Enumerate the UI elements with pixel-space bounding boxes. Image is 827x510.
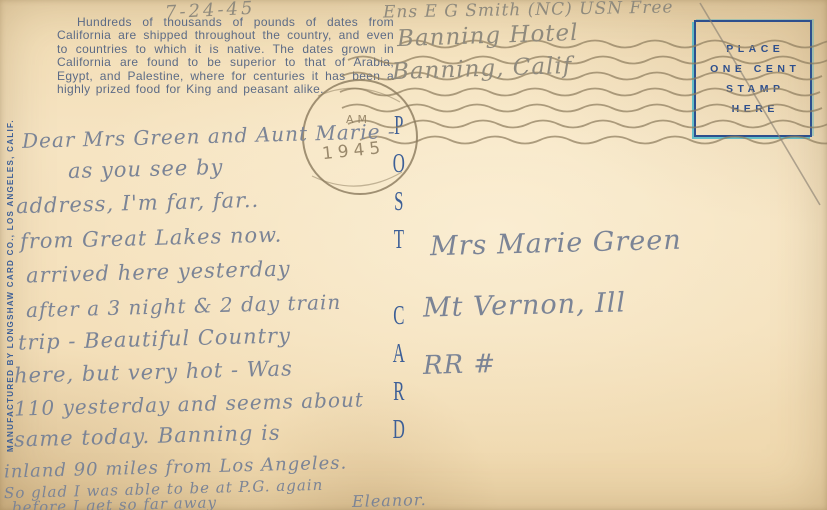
recipient-city: Mt Vernon, Ill bbox=[423, 287, 627, 323]
post-card-label: POST CARD bbox=[389, 110, 408, 440]
message-line: 110 yesterday and seems about bbox=[14, 387, 364, 420]
recipient-name: Mrs Marie Green bbox=[430, 225, 682, 263]
message-line: arrived here yesterday bbox=[26, 257, 291, 288]
stamp-box-line: HERE bbox=[727, 103, 779, 115]
signature: Eleanor. bbox=[352, 490, 427, 510]
message-line: from Great Lakes now. bbox=[20, 223, 283, 254]
sender-address-line: Banning Hotel bbox=[397, 20, 579, 52]
message-line: trip - Beautiful Country bbox=[18, 323, 291, 354]
stamp-box: PLACE ONE CENT STAMP HERE bbox=[694, 20, 812, 137]
postcard-back: Hundreds of thousands of pounds of dates… bbox=[0, 0, 827, 510]
message-line: here, but very hot - Was bbox=[14, 356, 293, 387]
message-line: same today. Banning is bbox=[14, 421, 281, 452]
stamp-box-line: STAMP bbox=[722, 83, 785, 95]
message-line: as you see by bbox=[68, 155, 224, 183]
stamp-box-line: ONE CENT bbox=[706, 63, 801, 75]
recipient-route: RR # bbox=[423, 349, 497, 381]
stamp-box-line: PLACE bbox=[722, 43, 785, 55]
printed-dates-note: Hundreds of thousands of pounds of dates… bbox=[57, 16, 394, 96]
sender-name: Ens E G Smith (NC) USN Free bbox=[383, 0, 674, 23]
sender-address-line: Banning, Calif bbox=[392, 53, 573, 85]
message-line: after a 3 night & 2 day train bbox=[26, 290, 342, 322]
message-line: address, I'm far, far.. bbox=[16, 188, 260, 218]
